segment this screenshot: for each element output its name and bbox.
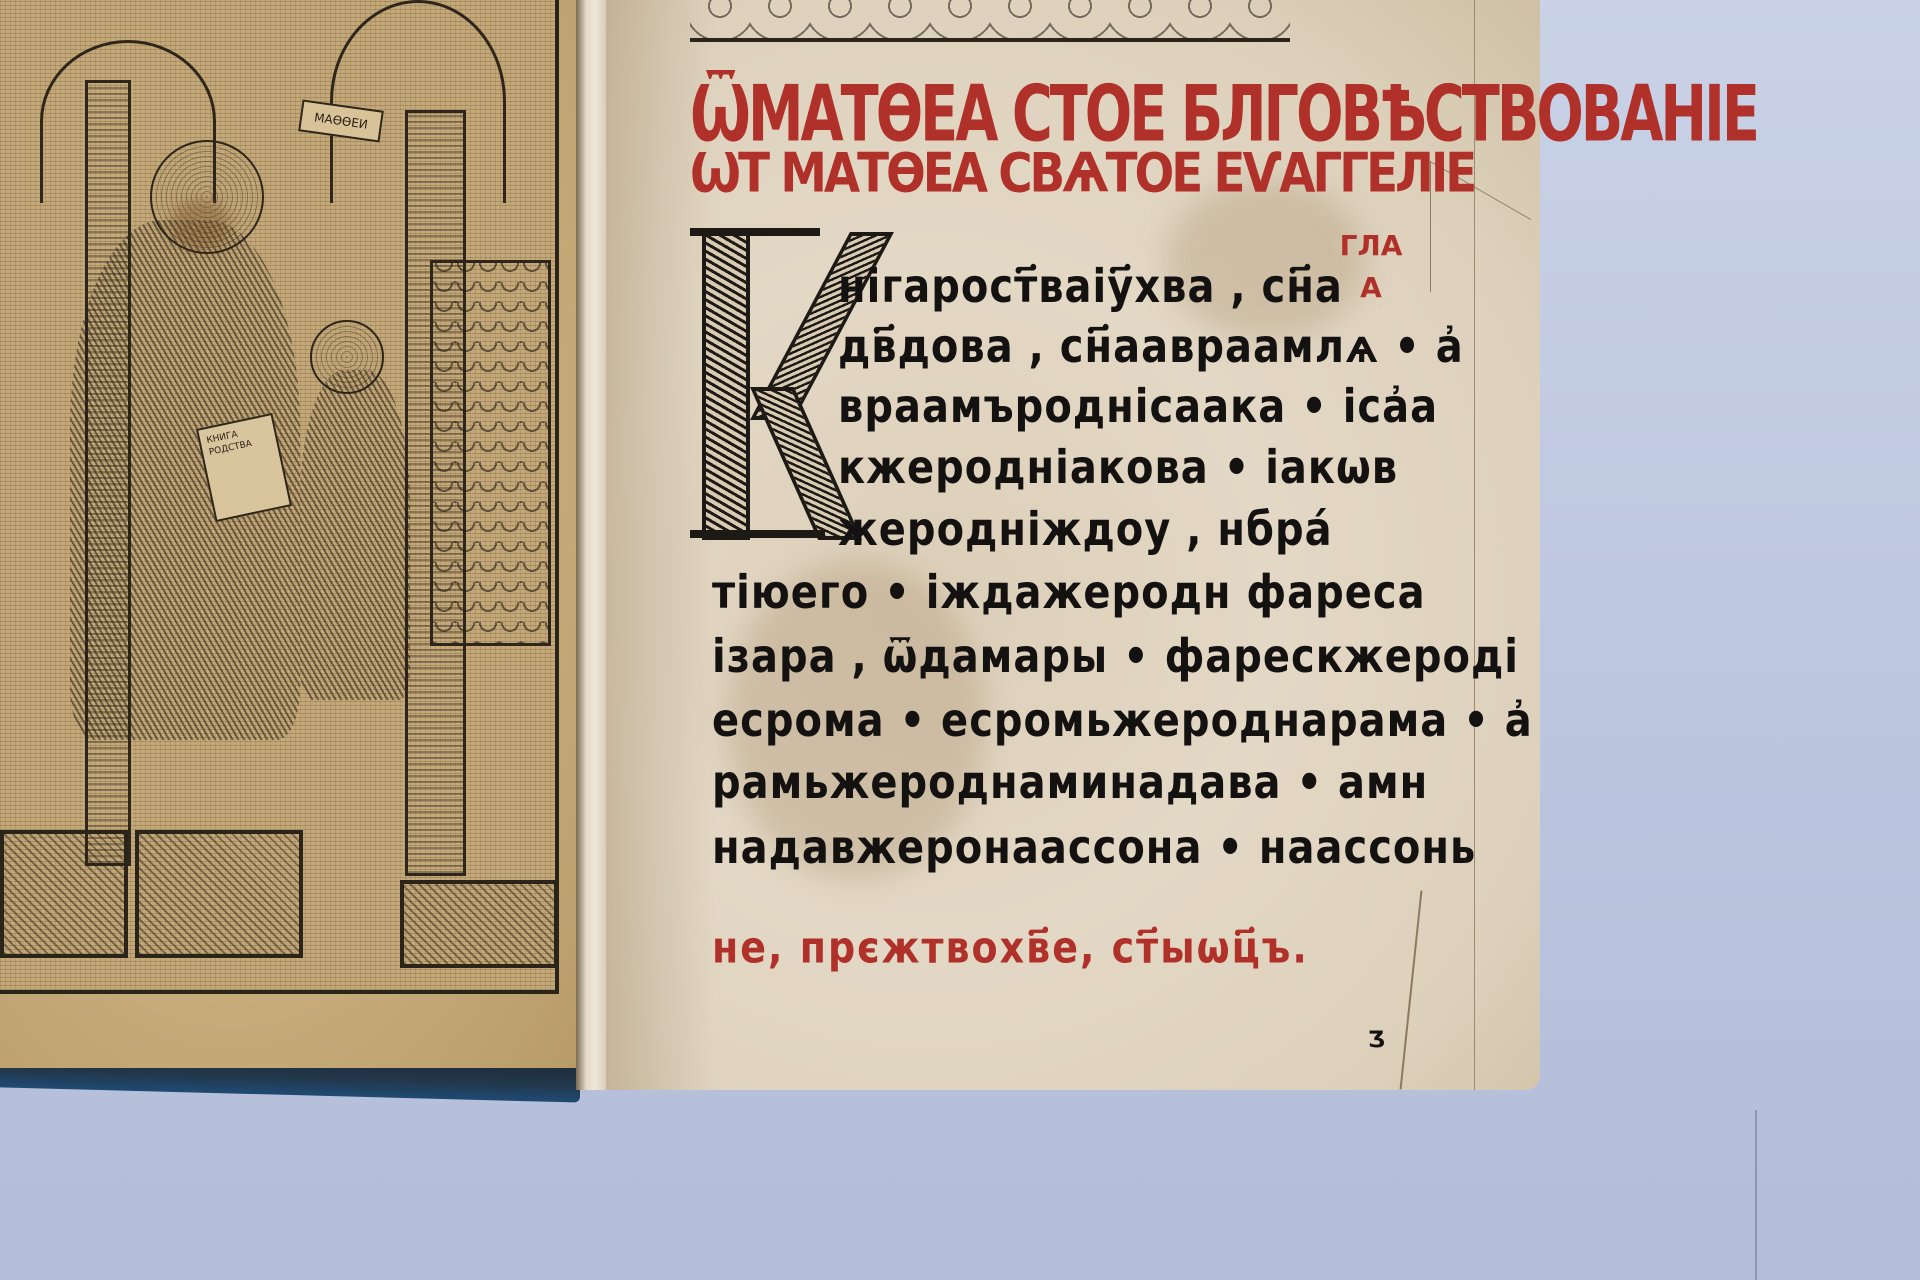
text-line: тіюего • іждажеродн фареса [712, 570, 1426, 616]
text-line: есрома • есромьжероднарама • а҆ [712, 698, 1533, 744]
rubric-line: не, прєжтвохв҃е, ст҃ыѡц҃ъ. [712, 922, 1309, 973]
text-line: дв҃дова , сн҃аавраамлѧ • а҆ [838, 324, 1464, 370]
angel-figure [300, 370, 410, 700]
text-line: рамьжероднаминадава • амн [712, 760, 1428, 806]
scaled-column-ornament [430, 260, 551, 646]
text-line: надавжеронаассона • наассонь [712, 825, 1476, 871]
woodcut-base-panel [0, 830, 128, 958]
woodcut-base-panel [135, 830, 303, 958]
decorated-initial-k [690, 232, 820, 537]
woodcut-base-panel [400, 880, 558, 968]
signature-mark: Ӡ [1368, 1030, 1385, 1052]
margin-note-chapter-number: А [1336, 267, 1406, 309]
text-line: враамъроднісаака • іса҆а [838, 384, 1438, 430]
book-gutter [576, 0, 606, 1090]
page-edge-line [1474, 0, 1475, 1090]
text-line: кжеродніакова • іакѡв [838, 445, 1398, 491]
text-line: жеродніждоу , нбра́ [838, 507, 1333, 553]
text-line: ізара , ѿдамары • фарескжероді [712, 634, 1519, 680]
text-line: нігарост҃ваіу҃хва , сн҃а [838, 264, 1343, 310]
ornamental-headpiece [690, 0, 1290, 42]
background-seam-line [1755, 1110, 1757, 1280]
heading-row-2: ѠТ МАТѲЕА СВѦТОЕ ЕѴАГГЕЛІЕ [690, 142, 1285, 205]
red-vyaz-heading: ѾМАТѲЕА СТОЕ БЛГОВѢСТВОВАНІЕ ѠТ МАТѲЕА С… [690, 60, 1285, 210]
initial-serif-bottom [690, 530, 825, 538]
woodcut-illustration: МАѲѲЕИ КНИГА РОДСТВА [0, 0, 559, 994]
margin-note-chapter-label: ГЛА [1336, 225, 1406, 267]
initial-stem [702, 232, 750, 540]
left-page-woodcut: МАѲѲЕИ КНИГА РОДСТВА [0, 0, 576, 1068]
chapter-margin-note: ГЛА А [1336, 225, 1406, 309]
paper-stain [170, 200, 230, 250]
